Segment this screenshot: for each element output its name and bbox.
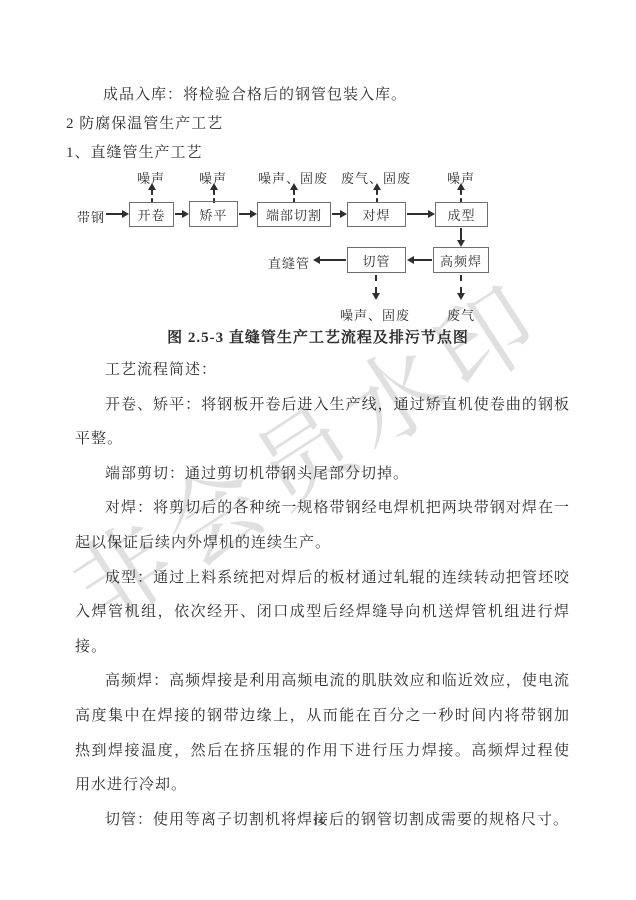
dashed-arrow-line <box>375 275 377 293</box>
paragraph-forming: 成型：通过上料系统把对焊后的板材通过轧辊的连续转动把管坯咬入焊管机组，依次经开、… <box>75 561 570 665</box>
arrow-up-icon <box>148 183 156 190</box>
flow-box-pipe-cutting: 切管 <box>347 247 406 273</box>
emission-label-noise-solidwaste-bottom: 噪声、固废 <box>340 305 410 324</box>
flow-box-forming: 成型 <box>435 202 488 227</box>
flow-arrow-line <box>414 259 432 261</box>
flow-box-uncoiling: 开卷 <box>129 202 174 227</box>
flow-arrow-line <box>106 213 123 215</box>
emission-label-gas-bottom: 废气 <box>447 305 475 324</box>
arrow-up-icon <box>457 183 465 190</box>
heading-subsection-1: 1、直缝管生产工艺 <box>66 139 576 168</box>
paragraph-hf-welding: 高频焊：高频焊接是利用高频电流的肌肤效应和临近效应，使电流高度集中在焊接的钢带边… <box>75 664 570 802</box>
paragraph-finished-product: 成品入库：将检验合格后的钢管包装入库。 <box>66 81 576 110</box>
arrow-right-icon <box>340 210 347 218</box>
arrow-right-icon <box>428 210 435 218</box>
flow-box-hf-welding: 高频焊 <box>433 247 489 273</box>
arrow-up-icon <box>290 183 298 190</box>
top-section: 成品入库：将检验合格后的钢管包装入库。 2 防腐保温管生产工艺 1、直缝管生产工… <box>0 0 636 168</box>
flow-box-end-cutting: 端部切割 <box>257 202 331 227</box>
arrow-up-icon <box>373 183 381 190</box>
arrow-up-icon <box>210 183 218 190</box>
page-content: 成品入库：将检验合格后的钢管包装入库。 2 防腐保温管生产工艺 1、直缝管生产工… <box>0 0 636 837</box>
dashed-arrow-line <box>460 275 462 293</box>
arrow-right-icon <box>182 210 189 218</box>
arrow-left-icon <box>313 256 320 264</box>
figure-caption: 图 2.5-3 直缝管生产工艺流程及排污节点图 <box>0 326 636 347</box>
arrow-left-icon <box>407 256 414 264</box>
arrow-down-icon <box>372 293 380 300</box>
paragraph-process-intro: 工艺流程简述： <box>75 353 570 388</box>
document-page: 非会员水印 成品入库：将检验合格后的钢管包装入库。 2 防腐保温管生产工艺 1、… <box>0 0 636 900</box>
heading-section-2: 2 防腐保温管生产工艺 <box>66 110 576 139</box>
page-number: 14 <box>0 815 636 827</box>
arrow-down-icon <box>457 240 465 247</box>
flow-arrow-line <box>407 213 429 215</box>
flow-input-label: 带钢 <box>77 207 105 226</box>
arrow-down-icon <box>457 293 465 300</box>
paragraph-end-shearing: 端部剪切：通过剪切机带钢头尾部分切掉。 <box>75 457 570 492</box>
flow-box-butt-welding: 对焊 <box>347 202 406 227</box>
flow-output-label: 直缝管 <box>268 253 310 272</box>
body-text: 工艺流程简述： 开卷、矫平：将钢板开卷后进入生产线，通过矫直机使卷曲的钢板平整。… <box>0 353 636 837</box>
process-flow-diagram: 噪声 噪声 噪声、固废 废气、固废 噪声 带钢 开卷 矫平 端部切割 对焊 成型 <box>0 168 636 353</box>
arrow-right-icon <box>250 210 257 218</box>
flow-box-leveling: 矫平 <box>189 201 238 227</box>
arrow-right-icon <box>122 210 129 218</box>
paragraph-butt-welding: 对焊：将剪切后的各种统一规格带钢经电焊机把两块带钢对焊在一起以保证后续内外焊机的… <box>75 491 570 560</box>
paragraph-uncoiling-leveling: 开卷、矫平：将钢板开卷后进入生产线，通过矫直机使卷曲的钢板平整。 <box>75 388 570 457</box>
flow-arrow-line <box>320 259 346 261</box>
